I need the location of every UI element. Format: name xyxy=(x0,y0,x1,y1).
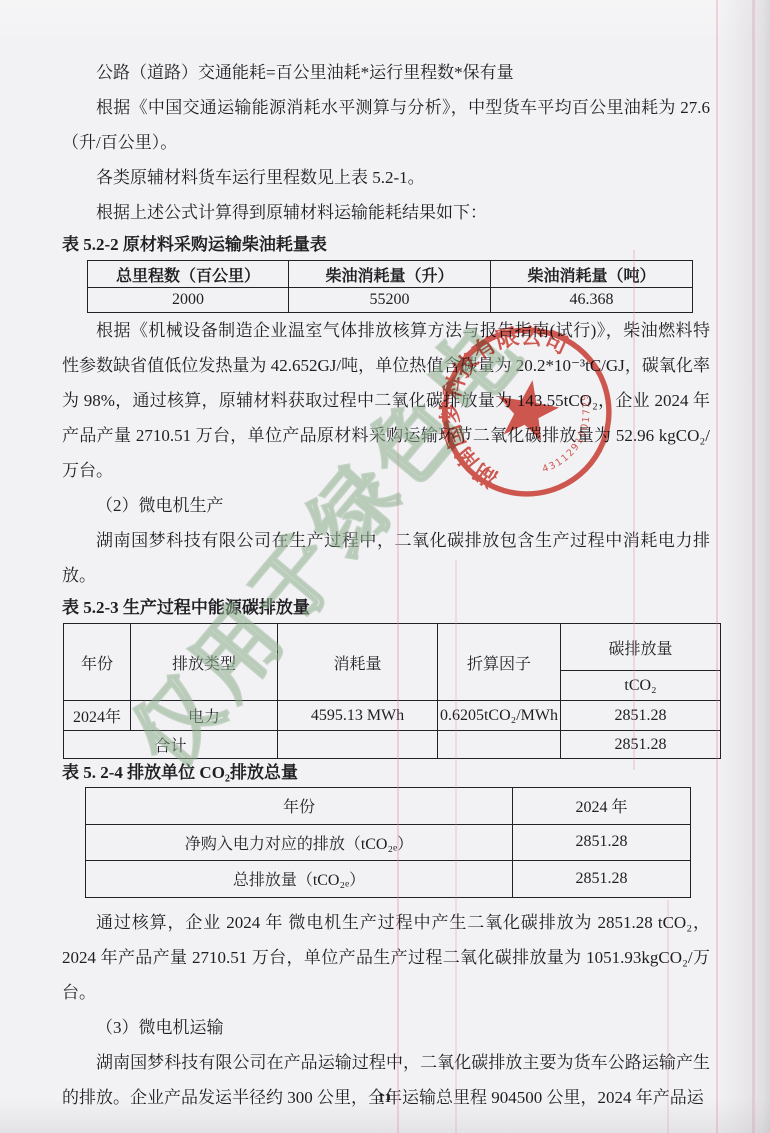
t524-value-purchased-electricity: 2851.28 xyxy=(513,824,691,861)
t523-header-emission-unit: tCO₂ xyxy=(561,671,721,701)
table-5-2-4-title: 表 5. 2-4 排放单位 CO₂排放总量 xyxy=(62,759,710,787)
section-2-heading: （2）微电机生产 xyxy=(62,488,710,523)
paragraph-production-calculation: 通过核算，企业 2024 年 微电机生产过程中产生二氧化碳排放为 2851.28… xyxy=(62,905,710,1010)
table-row: 年份 2024 年 xyxy=(86,788,691,825)
document-page: 仅用于绿色电 湖南国梦科技有限公司 4311291001729 公路（道路）交通… xyxy=(0,0,770,1133)
t522-value-diesel-tons: 46.368 xyxy=(491,288,693,313)
table-5-2-4: 年份 2024 年 净购入电力对应的排放（tCO₂ₑ） 2851.28 总排放量… xyxy=(85,787,691,898)
t523-header-conversion-factor: 折算因子 xyxy=(438,624,561,701)
table-5-2-3: 年份 排放类型 消耗量 折算因子 碳排放量 tCO₂ 2024年 电力 4595… xyxy=(63,623,721,759)
paragraph-road-energy-formula: 公路（道路）交通能耗=百公里油耗*运行里程数*保有量 xyxy=(62,55,710,90)
table-row: 净购入电力对应的排放（tCO₂ₑ） 2851.28 xyxy=(86,824,691,861)
paragraph-fuel-consumption-basis: 根据《中国交通运输能源消耗水平测算与分析》，中型货车平均百公里油耗为 27.6（… xyxy=(62,90,710,160)
t524-label-total-emission: 总排放量（tCO₂ₑ） xyxy=(86,861,513,898)
t522-value-diesel-liters: 55200 xyxy=(289,288,491,313)
t523-total-value: 2851.28 xyxy=(561,731,721,759)
table-5-2-2: 总里程数（百公里） 柴油消耗量（升） 柴油消耗量（吨） 2000 55200 4… xyxy=(87,260,693,313)
paragraph-result-intro: 根据上述公式计算得到原辅材料运输能耗结果如下： xyxy=(62,195,710,230)
t524-header-year: 年份 xyxy=(86,788,513,825)
t523-header-consumption: 消耗量 xyxy=(278,624,438,701)
page-number: 11 xyxy=(0,1090,770,1106)
table-row: 2024年 电力 4595.13 MWh 0.6205tCO₂/MWh 2851… xyxy=(64,701,721,731)
table-5-2-2-title: 表 5.2-2 原材料采购运输柴油耗量表 xyxy=(62,230,710,260)
table-row: 2000 55200 46.368 xyxy=(88,288,693,313)
t523-total-empty-cell xyxy=(278,731,438,759)
t524-value-total-emission: 2851.28 xyxy=(513,861,691,898)
t523-total-label: 合计 xyxy=(64,731,278,759)
t523-value-year: 2024年 xyxy=(64,701,131,731)
t522-header-diesel-liters: 柴油消耗量（升） xyxy=(289,261,491,288)
body-text: 公路（道路）交通能耗=百公里油耗*运行里程数*保有量 根据《中国交通运输能源消耗… xyxy=(0,0,770,1115)
t524-label-purchased-electricity: 净购入电力对应的排放（tCO₂ₑ） xyxy=(86,824,513,861)
table-row: 年份 排放类型 消耗量 折算因子 碳排放量 xyxy=(64,624,721,671)
table-row: 总里程数（百公里） 柴油消耗量（升） 柴油消耗量（吨） xyxy=(88,261,693,288)
t523-value-type: 电力 xyxy=(131,701,278,731)
t523-total-empty-cell xyxy=(438,731,561,759)
table-5-2-3-title: 表 5.2-3 生产过程中能源碳排放量 xyxy=(62,593,710,623)
section-3-heading: （3）微电机运输 xyxy=(62,1010,710,1045)
t523-value-consumption: 4595.13 MWh xyxy=(278,701,438,731)
t522-value-total-mileage: 2000 xyxy=(88,288,289,313)
table-row: 合计 2851.28 xyxy=(64,731,721,759)
table-row: 总排放量（tCO₂ₑ） 2851.28 xyxy=(86,861,691,898)
t522-header-total-mileage: 总里程数（百公里） xyxy=(88,261,289,288)
t523-header-year: 年份 xyxy=(64,624,131,701)
t523-header-carbon-emission: 碳排放量 xyxy=(561,624,721,671)
paragraph-section-2: 湖南国梦科技有限公司在生产过程中，二氧化碳排放包含生产过程中消耗电力排放。 xyxy=(62,523,710,593)
t523-header-emission-type: 排放类型 xyxy=(131,624,278,701)
t524-header-2024: 2024 年 xyxy=(513,788,691,825)
t523-value-factor: 0.6205tCO₂/MWh xyxy=(438,701,561,731)
paragraph-mileage-reference: 各类原辅材料货车运行里程数见上表 5.2-1。 xyxy=(62,160,710,195)
paragraph-diesel-calculation: 根据《机械设备制造企业温室气体排放核算方法与报告指南(试行)》，柴油燃料特性参数… xyxy=(62,313,710,488)
t523-value-emission: 2851.28 xyxy=(561,701,721,731)
t522-header-diesel-tons: 柴油消耗量（吨） xyxy=(491,261,693,288)
